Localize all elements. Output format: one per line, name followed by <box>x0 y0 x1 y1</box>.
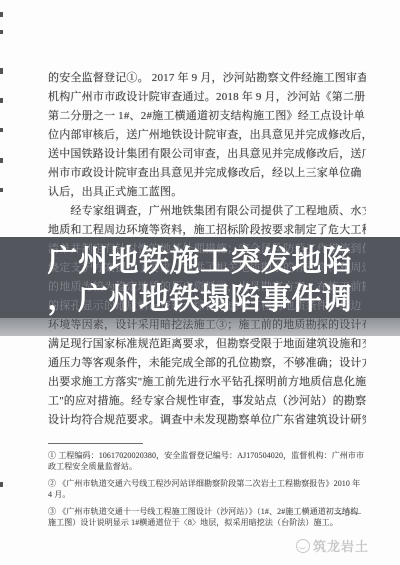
body-text-line: 州市市政设计院审查出具意见并完成修改后，经以上三家单位确 <box>48 164 366 183</box>
overlay-headline-line2: ，广州地铁塌陷事件调 <box>0 284 400 316</box>
body-text-line: 机构广州市市政设计院审查通过。2018 年 9 月，沙河站《第二册 <box>48 88 366 107</box>
body-text-line: 通压力等客观条件，未能完成全部的孔位勘察，不够准确；设计方提 <box>48 354 366 373</box>
zhulong-logo-icon <box>296 539 310 553</box>
body-text-line: 第二分册之一 1#、2#施工横通道初支结构施工图》经工点设计单 <box>48 107 366 126</box>
body-text-line: 地质和工程周边环境等资料，施工招标阶段按要求制定了危大工程 <box>48 221 366 240</box>
watermark-text: 筑龙岩土 <box>313 536 369 555</box>
body-text-line: 送中国铁路设计集团有限公司审查，出具意见并完成修改后，送广 <box>48 145 366 164</box>
footnote-separator <box>48 443 143 444</box>
body-text-line: 经专家组调查，广州地铁集团有限公司提供了工程地质、水文 <box>48 202 366 221</box>
body-text-line: 出要求施工方落实"施工前先进行水平钻孔探明前方地质信息化施 <box>48 373 366 392</box>
watermark: 筑龙岩土 <box>296 536 369 555</box>
overlay-headline-line1: 广州地铁施工突发地陷 <box>0 246 400 278</box>
document-page: 的安全监督登记①。 2017 年 9 月，沙河站勘察文件经施工图审查机构广州市市… <box>0 0 400 565</box>
footnote: ② 《广州市轨道交通六号线工程沙河站详细勘察阶段第二次岩土工程勘察报告》2010… <box>48 478 365 500</box>
body-text-line: 满足现行国家标准规范距离要求，但勘察受限于地面建筑设施和交 <box>48 335 366 354</box>
footnote: ① 工程编码：10617020020380，安全监督登记编号：AJ1705040… <box>48 450 365 472</box>
body-text-line: 工"的应对措施。经专家合规性审查，事发站点（沙河站）的勘察、 <box>48 392 366 411</box>
body-text-line: 位内部审核后，送广州地铁设计院审查，出具意见并完成修改后， <box>48 126 366 145</box>
body-text-line: 认后，出具正式施工蓝图。 <box>48 183 366 202</box>
body-text-line: 设计均符合规范要求。调查中未发现勘察单位广东省建筑设计研究 <box>48 411 366 430</box>
body-text-line: 环境等因素，设计采用暗挖法施工③；施工前的地质勘探的设计布孔 <box>48 316 366 335</box>
page-number: —9— <box>318 508 378 519</box>
body-text-line: 的安全监督登记①。 2017 年 9 月，沙河站勘察文件经施工图审查 <box>48 69 366 88</box>
footnotes: ① 工程编码：10617020020380，安全监督登记编号：AJ1705040… <box>48 450 365 534</box>
